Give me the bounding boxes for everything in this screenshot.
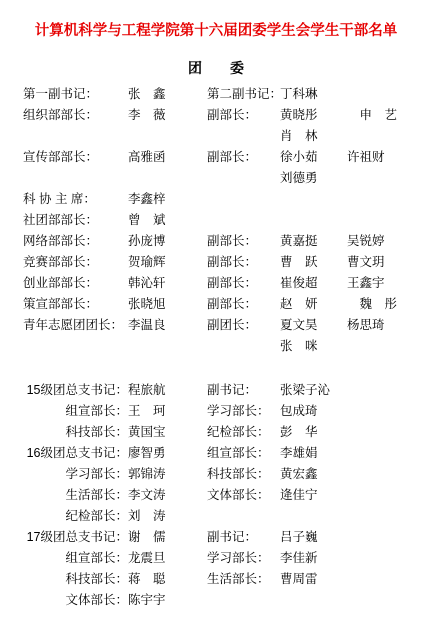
person-name-left: 刘 涛 [128,506,207,527]
person-name-left: 贺瑜辉 [128,252,207,273]
person-name-right: 黄宏鑫 [280,464,347,485]
position-label-left: 科技部长： [23,569,128,590]
section-league-committee: 第一副书记： 张 鑫 第二副书记： 丁科琳 组织部部长： 李 薇 副部长： 黄晓… [0,84,432,357]
person-name-left: 李 薇 [128,105,207,126]
position-label-left: 15级团总支书记： [23,380,128,401]
position-label-left [23,126,128,147]
person-name-right [280,189,347,210]
position-label-right [207,126,280,147]
position-label-left: 组宣部长： [23,401,128,422]
person-name-right: 张 咪 [280,336,347,357]
roster-row: 科 协 主 席： 李鑫梓 [0,189,432,210]
person-name-right: 黄晓彤 [280,105,347,126]
person-name-extra [347,84,432,105]
position-label-left: 科技部长： [23,422,128,443]
position-label-right: 纪检部长： [207,422,280,443]
person-name-left: 王 珂 [128,401,207,422]
person-name-left [128,168,207,189]
person-name-left [128,126,207,147]
person-name-extra [347,336,432,357]
person-name-extra [347,443,432,464]
roster-row: 刘德勇 [0,168,432,189]
person-name-left: 李鑫梓 [128,189,207,210]
person-name-right [280,590,347,611]
person-name-left: 谢 儒 [128,527,207,548]
position-label-right: 组宣部长： [207,443,280,464]
roster-row: 竞赛部部长： 贺瑜辉 副部长： 曹 跃 曹文玥 [0,252,432,273]
person-name-right: 李雄娟 [280,443,347,464]
person-name-left: 高雅函 [128,147,207,168]
person-name-extra [347,569,432,590]
position-label-right: 学习部长： [207,548,280,569]
person-name-extra: 杨思琦 [347,315,432,336]
person-name-left: 蒋 聪 [128,569,207,590]
roster-row: 文体部长： 陈宇宇 [0,590,432,611]
person-name-extra: 申 艺 [347,105,432,126]
position-label-left [23,168,128,189]
position-label-right [207,506,280,527]
person-name-left: 龙震旦 [128,548,207,569]
position-label-left [23,336,128,357]
position-label-left: 文体部长： [23,590,128,611]
person-name-left: 曾 斌 [128,210,207,231]
roster-row: 青年志愿团团长： 李温良 副团长： 夏文昊 杨思琦 [0,315,432,336]
position-label-right [207,210,280,231]
person-name-extra: 王鑫宇 [347,273,432,294]
person-name-extra [347,422,432,443]
position-label-left: 策宣部部长： [23,294,128,315]
person-name-extra: 许祖财 [347,147,432,168]
position-label-left: 科 协 主 席： [23,189,128,210]
person-name-extra [347,527,432,548]
person-name-right: 彭 华 [280,422,347,443]
roster-row: 组织部部长： 李 薇 副部长： 黄晓彤 申 艺 [0,105,432,126]
document-page: 计算机科学与工程学院第十六届团委学生会学生干部名单 团 委 第一副书记： 张 鑫… [0,0,432,623]
position-label-left: 纪检部长： [23,506,128,527]
person-name-right [280,506,347,527]
roster-row: 纪检部长： 刘 涛 [0,506,432,527]
position-label-right: 第二副书记： [207,84,280,105]
roster-row: 社团部部长： 曾 斌 [0,210,432,231]
person-name-extra [347,485,432,506]
roster-row: 第一副书记： 张 鑫 第二副书记： 丁科琳 [0,84,432,105]
person-name-right [280,210,347,231]
roster-row: 16级团总支书记： 廖智勇 组宣部长： 李雄娟 [0,443,432,464]
position-label-left: 青年志愿团团长： [23,315,128,336]
person-name-extra [347,548,432,569]
person-name-right: 刘德勇 [280,168,347,189]
roster-row: 17级团总支书记： 谢 儒 副书记： 吕子巍 [0,527,432,548]
person-name-left: 郭锦涛 [128,464,207,485]
position-label-left: 17级团总支书记： [23,527,128,548]
roster-row: 创业部部长： 韩沁轩 副部长： 崔俊超 王鑫宇 [0,273,432,294]
position-label-right [207,189,280,210]
person-name-extra: 吴锐婷 [347,231,432,252]
roster-row: 生活部长： 李文涛 文体部长： 逄佳宁 [0,485,432,506]
roster-row: 策宣部部长： 张晓旭 副部长： 赵 妍 魏 彤 [0,294,432,315]
roster-row: 科技部长： 黄国宝 纪检部长： 彭 华 [0,422,432,443]
person-name-left: 陈宇宇 [128,590,207,611]
roster-row: 15级团总支书记： 程旅航 副书记： 张梁子沁 [0,380,432,401]
person-name-right: 张梁子沁 [280,380,347,401]
roster-row: 组宣部长： 龙震旦 学习部长： 李佳新 [0,548,432,569]
position-label-right [207,336,280,357]
position-label-right: 学习部长： [207,401,280,422]
position-label-left: 第一副书记： [23,84,128,105]
person-name-right: 曹周雷 [280,569,347,590]
position-label-right: 副部长： [207,231,280,252]
position-label-left: 社团部部长： [23,210,128,231]
roster-body: 第一副书记： 张 鑫 第二副书记： 丁科琳 组织部部长： 李 薇 副部长： 黄晓… [0,84,432,611]
person-name-left: 张晓旭 [128,294,207,315]
roster-row: 网络部部长： 孙庞博 副部长： 黄嘉挺 吴锐婷 [0,231,432,252]
position-label-right: 副部长： [207,252,280,273]
person-name-left: 张 鑫 [128,84,207,105]
position-label-right [207,590,280,611]
roster-row: 组宣部长： 王 珂 学习部长： 包成琦 [0,401,432,422]
person-name-extra [347,210,432,231]
position-label-right: 副书记： [207,527,280,548]
person-name-extra [347,464,432,485]
position-label-left: 网络部部长： [23,231,128,252]
position-label-right: 副部长： [207,294,280,315]
position-label-right: 科技部长： [207,464,280,485]
person-name-extra: 魏 彤 [347,294,432,315]
position-label-right: 副部长： [207,147,280,168]
person-name-right: 李佳新 [280,548,347,569]
position-label-right [207,168,280,189]
position-label-right: 副书记： [207,380,280,401]
roster-row: 科技部长： 蒋 聪 生活部长： 曹周雷 [0,569,432,590]
person-name-right: 逄佳宁 [280,485,347,506]
position-label-right: 生活部长： [207,569,280,590]
person-name-left [128,336,207,357]
position-label-left: 学习部长： [23,464,128,485]
position-label-left: 组宣部长： [23,548,128,569]
person-name-extra [347,506,432,527]
person-name-extra: 曹文玥 [347,252,432,273]
person-name-extra [347,590,432,611]
position-label-right: 副部长： [207,273,280,294]
person-name-right: 丁科琳 [280,84,347,105]
person-name-extra [347,380,432,401]
person-name-left: 黄国宝 [128,422,207,443]
section-heading-league-committee: 团 委 [0,58,432,78]
position-label-left: 创业部部长： [23,273,128,294]
roster-row: 张 咪 [0,336,432,357]
person-name-extra [347,168,432,189]
position-label-right: 副部长： [207,105,280,126]
document-title: 计算机科学与工程学院第十六届团委学生会学生干部名单 [0,22,432,40]
position-label-left: 宣传部部长： [23,147,128,168]
position-label-left: 16级团总支书记： [23,443,128,464]
position-label-left: 竞赛部部长： [23,252,128,273]
person-name-right: 崔俊超 [280,273,347,294]
position-label-left: 组织部部长： [23,105,128,126]
person-name-left: 韩沁轩 [128,273,207,294]
roster-row: 学习部长： 郭锦涛 科技部长： 黄宏鑫 [0,464,432,485]
roster-row: 宣传部部长： 高雅函 副部长： 徐小茹 许祖财 [0,147,432,168]
person-name-extra [347,126,432,147]
person-name-left: 程旅航 [128,380,207,401]
person-name-left: 李温良 [128,315,207,336]
person-name-extra [347,401,432,422]
section-class-league-branches: 15级团总支书记： 程旅航 副书记： 张梁子沁 组宣部长： 王 珂 学习部长： … [0,380,432,611]
person-name-left: 廖智勇 [128,443,207,464]
person-name-right: 黄嘉挺 [280,231,347,252]
person-name-right: 吕子巍 [280,527,347,548]
position-label-left: 生活部长： [23,485,128,506]
person-name-right: 曹 跃 [280,252,347,273]
person-name-right: 肖 林 [280,126,347,147]
position-label-right: 文体部长： [207,485,280,506]
person-name-left: 孙庞博 [128,231,207,252]
person-name-extra [347,189,432,210]
person-name-right: 夏文昊 [280,315,347,336]
person-name-left: 李文涛 [128,485,207,506]
person-name-right: 徐小茹 [280,147,347,168]
roster-row: 肖 林 [0,126,432,147]
position-label-right: 副团长： [207,315,280,336]
person-name-right: 包成琦 [280,401,347,422]
person-name-right: 赵 妍 [280,294,347,315]
